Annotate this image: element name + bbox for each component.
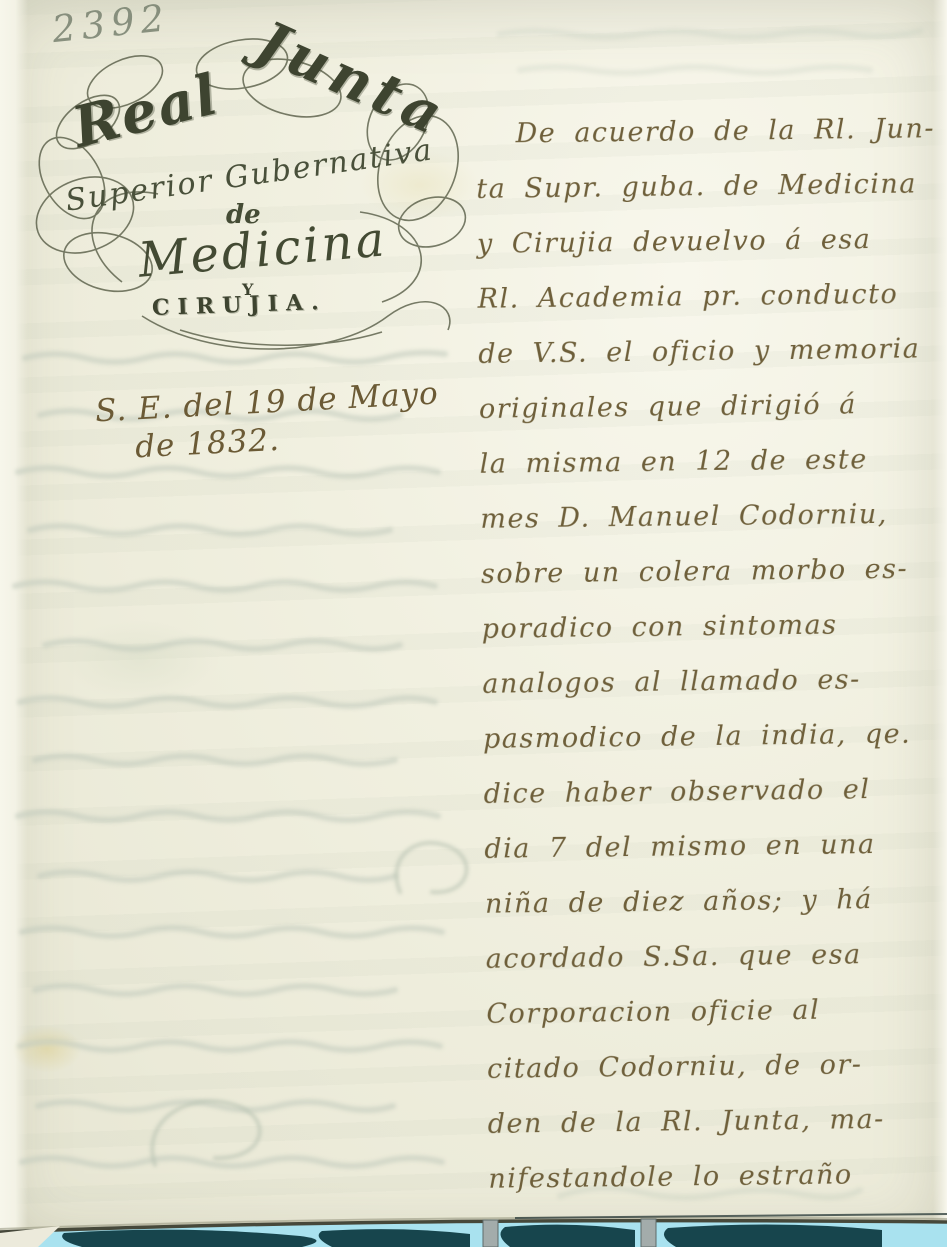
scanner-backing-strip xyxy=(0,1207,947,1247)
scanned-document-page: 2392 Real Junta Superior Gubern xyxy=(0,0,947,1247)
manuscript-line: y Cirujia devuelvo á esa xyxy=(477,211,934,272)
manuscript-line: la misma en 12 de este xyxy=(479,431,936,492)
manuscript-line: sobre un colera morbo es- xyxy=(481,541,938,602)
manuscript-body: De acuerdo de la Rl. Jun- ta Supr. guba.… xyxy=(475,101,944,1206)
manuscript-line: den de la Rl. Junta, ma- xyxy=(487,1091,944,1152)
manuscript-line: ta Supr. guba. de Medicina xyxy=(476,156,933,217)
manuscript-line: acordado S.Sa. que esa xyxy=(485,926,942,987)
manuscript-line: analogos al llamado es- xyxy=(482,651,939,712)
manuscript-line: De acuerdo de la Rl. Jun- xyxy=(475,101,932,162)
manuscript-line: dia 7 del mismo en una xyxy=(484,816,941,877)
manuscript-line: dice haber observado el xyxy=(483,761,940,822)
manuscript-line: mes D. Manuel Codorniu, xyxy=(480,486,937,547)
manuscript-line: nifestandole lo estraño xyxy=(488,1146,945,1207)
letterhead: Real Junta Superior Gubernativa de Medic… xyxy=(30,30,470,360)
page-left-edge xyxy=(0,0,28,1247)
manuscript-line: poradico con sintomas xyxy=(481,596,938,657)
manuscript-line: de V.S. el oficio y memoria xyxy=(478,321,935,382)
manuscript-line: Rl. Academia pr. conducto xyxy=(477,266,934,327)
manuscript-line: originales que dirigió á xyxy=(479,376,936,437)
session-date-note: S. E. del 19 de Mayo de 1832. xyxy=(94,375,457,468)
manuscript-line: citado Codorniu, de or- xyxy=(487,1036,944,1097)
paper-stain xyxy=(60,620,220,700)
manuscript-line: pasmodico de la india, qe. xyxy=(483,706,940,767)
manuscript-line: Corporacion oficie al xyxy=(486,981,943,1042)
manuscript-line: niña de diez años; y há xyxy=(485,871,942,932)
